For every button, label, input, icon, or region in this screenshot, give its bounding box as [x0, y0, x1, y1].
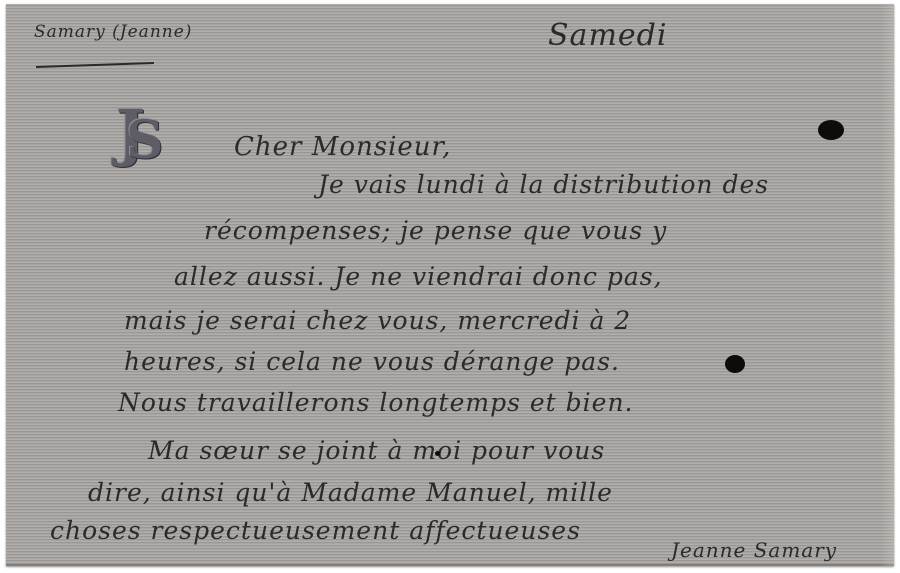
- monogram-letter-s: S: [126, 110, 164, 171]
- body-line: récompenses; je pense que vous y: [204, 216, 667, 245]
- body-line: Ma sœur se joint à moi pour vous: [148, 436, 605, 465]
- body-line: dire, ainsi qu'à Madame Manuel, mille: [88, 478, 613, 507]
- body-line: Nous travaillerons longtemps et bien.: [118, 388, 634, 417]
- archival-note-underline: [36, 62, 154, 68]
- ink-dot: [435, 451, 440, 456]
- body-line: choses respectueusement affectueuses: [50, 516, 581, 545]
- signature: Jeanne Samary: [671, 538, 837, 562]
- monogram-icon: J S: [104, 96, 170, 182]
- body-line: allez aussi. Je ne viendrai donc pas,: [174, 262, 663, 291]
- paper-hole: [818, 120, 844, 140]
- greeting: Cher Monsieur,: [234, 132, 451, 162]
- archival-note: Samary (Jeanne): [34, 22, 192, 42]
- paper-hole: [725, 355, 745, 373]
- dateline: Samedi: [548, 18, 667, 53]
- body-line: heures, si cela ne vous dérange pas.: [124, 347, 620, 376]
- letter-paper: Samary (Jeanne) Samedi J S Cher Monsieur…: [6, 4, 894, 566]
- body-line: Je vais lundi à la distribution des: [318, 170, 769, 199]
- body-line: mais je serai chez vous, mercredi à 2: [124, 306, 631, 335]
